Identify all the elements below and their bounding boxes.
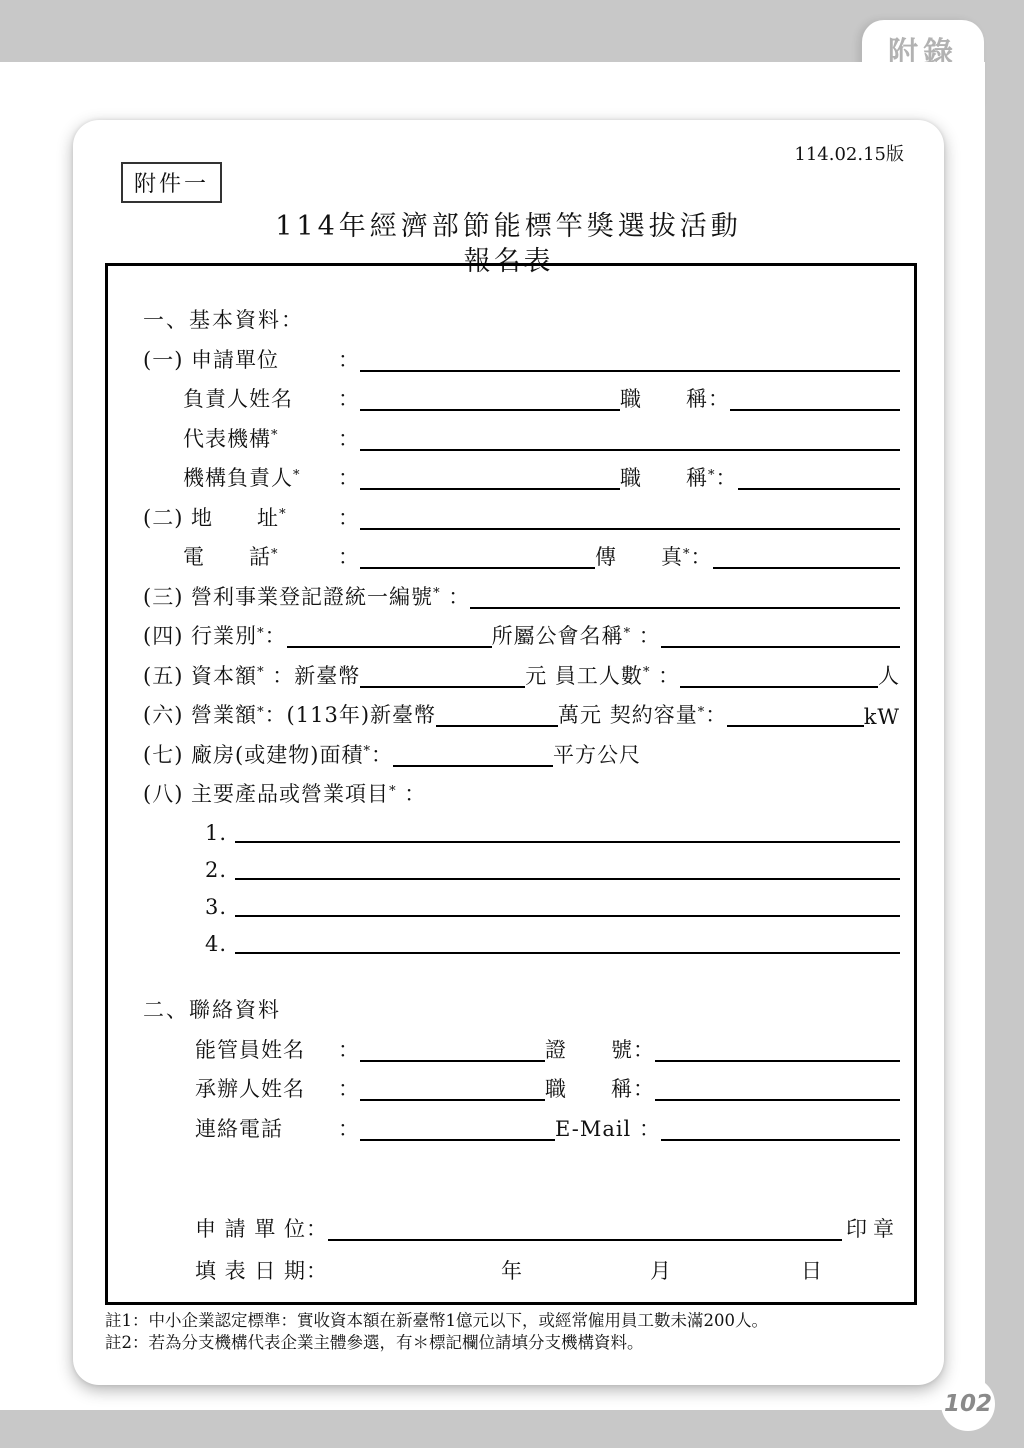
- blank-line: [235, 813, 900, 843]
- row-energy-manager: 能管員姓名： 證 號：: [195, 1024, 900, 1064]
- row-handler: 承辦人姓名： 職 稱：: [195, 1064, 900, 1104]
- row-product-item: 2.: [205, 845, 900, 882]
- row-org-head: 機構負責人*： 職 稱*：: [183, 453, 900, 493]
- blank-line: [360, 500, 900, 530]
- blank-line: [393, 737, 553, 767]
- seal-label: 印章: [846, 1213, 900, 1243]
- footnote-2: 註2：若為分支機構代表企業主體參選，有＊標記欄位請填分支機構資料。: [105, 1332, 924, 1354]
- row-products-heading: (八) 主要產品或營業項目* ：: [143, 769, 900, 809]
- page-title: 114年經濟部節能標竿獎選拔活動: [73, 204, 944, 243]
- row-industry: (四) 行業別*： 所屬公會名稱* ：: [143, 611, 900, 651]
- blank-line: [360, 421, 900, 451]
- row-apply-unit: (一) 申請單位：: [143, 334, 900, 374]
- blank-line: [235, 850, 900, 880]
- footnotes: 註1：中小企業認定標準：實收資本額在新臺幣1億元以下，或經常僱用員工數未滿200…: [105, 1310, 924, 1354]
- row-product-item: 1.: [205, 808, 900, 845]
- blank-line: [655, 1032, 900, 1062]
- month-label: 月: [650, 1255, 672, 1285]
- page-number-badge: 102: [941, 1377, 995, 1431]
- blank-line: [470, 579, 900, 609]
- row-phone-fax: 電 話*： 傳 真*：: [183, 532, 900, 572]
- version-label: 114.02.15版: [794, 140, 904, 166]
- blank-line: [360, 539, 595, 569]
- blank-line: [360, 1111, 555, 1141]
- blank-line: [713, 539, 901, 569]
- blank-line: [655, 1071, 900, 1101]
- blank-line: [360, 342, 900, 372]
- row-revenue: (六) 營業額*：(113年)新臺幣 萬元 契約容量*： kW: [143, 690, 900, 730]
- blank-line: [727, 697, 863, 727]
- row-rep-org: 代表機構*：: [183, 413, 900, 453]
- blank-line: [360, 381, 620, 411]
- row-fill-date: 填 表 日 期： 年 月 日: [195, 1243, 900, 1285]
- blank-line: [730, 381, 900, 411]
- row-contact-phone: 連絡電話： E-Mail ：: [195, 1103, 900, 1143]
- row-registration-number: (三) 營利事業登記證統一編號* ：: [143, 571, 900, 611]
- year-label: 年: [501, 1255, 523, 1285]
- reader-background: { "chrome": { "corner_tab_label": "附錄", …: [0, 0, 1024, 1448]
- row-building-area: (七) 廠房(或建物)面積*： 平方公尺: [143, 729, 900, 769]
- row-capital: (五) 資本額* ：新臺幣 元 員工人數* ： 人: [143, 650, 900, 690]
- section-contact-info-heading: 二、聯絡資料: [143, 982, 900, 1024]
- blank-line: [287, 618, 492, 648]
- blank-line: [235, 887, 900, 917]
- attachment-badge: 附件一: [121, 162, 222, 203]
- blank-line: [661, 1111, 900, 1141]
- footnote-1: 註1：中小企業認定標準：實收資本額在新臺幣1億元以下，或經常僱用員工數未滿200…: [105, 1310, 924, 1332]
- blank-line: [738, 460, 901, 490]
- row-applicant-signature: 申 請 單 位： 印章: [195, 1203, 900, 1243]
- blank-line: [328, 1211, 842, 1241]
- blank-line: [360, 1071, 545, 1101]
- blank-line: [661, 618, 900, 648]
- row-owner-name: 負責人姓名： 職 稱：: [183, 374, 900, 414]
- document-page: 114.02.15版 附件一 114年經濟部節能標竿獎選拔活動 報名表 一、基本…: [73, 120, 944, 1385]
- form-box: 一、基本資料： (一) 申請單位： 負責人姓名： 職 稱： 代表機構*： 機構負…: [105, 263, 917, 1305]
- blank-line: [360, 1032, 545, 1062]
- blank-line: [680, 658, 878, 688]
- blank-line: [360, 658, 525, 688]
- blank-line: [360, 460, 620, 490]
- section-basic-info-heading: 一、基本資料：: [143, 292, 900, 334]
- blank-line: [235, 924, 900, 954]
- row-product-item: 3.: [205, 882, 900, 919]
- blank-line: [436, 697, 558, 727]
- day-label: 日: [801, 1255, 823, 1285]
- row-product-item: 4.: [205, 919, 900, 956]
- row-address: (二) 地 址*：: [143, 492, 900, 532]
